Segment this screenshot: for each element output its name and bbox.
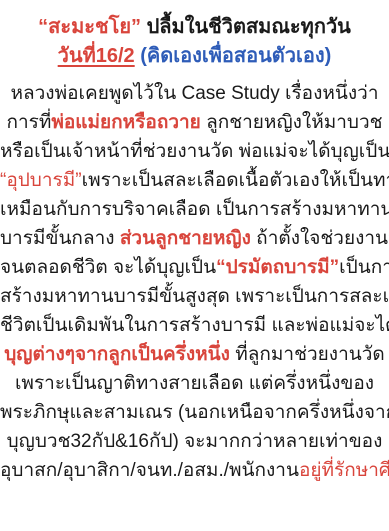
body-text: ถ้าตั้งใจช่วยงานวัด [251, 228, 389, 249]
text-line: พระภิกษุและสามเณร (นอกเหนือจากครึ่งหนึ่ง… [0, 398, 389, 427]
body-text: บุญบวช32กัป&16กัป) จะมากกว่าหลายเท่าของ [7, 431, 383, 452]
body-text: จนตลอดชีวิต จะได้บุญเป็น [0, 257, 216, 278]
body-text: เป็นการ [339, 257, 389, 278]
body-text: หรือเป็นเจ้าหน้าที่ช่วยงานวัด พ่อแม่จะได… [0, 141, 389, 162]
text-line: การที่พ่อแม่ยกหรือถวาย ลูกชายหญิงให้มาบว… [0, 108, 389, 137]
text-line: สร้างมหาทานบารมีขั้นสูงสุด เพราะเป็นการส… [0, 282, 389, 311]
document-page: “สะมะชโย” ปลื้มในชีวิตสมณะทุกวันวันที่16… [0, 0, 389, 531]
text-line: บารมีขั้นกลาง ส่วนลูกชายหญิง ถ้าตั้งใจช่… [0, 224, 389, 253]
body-text: ลูกชายหญิงให้มาบวช [201, 112, 383, 133]
text-line: บุญต่างๆจากลูกเป็นครึ่งหนึ่ง ที่ลูกมาช่ว… [0, 340, 389, 369]
body-text: พระภิกษุและสามเณร (นอกเหนือจากครึ่งหนึ่ง… [0, 402, 389, 423]
body-text: เพราะเป็นสละเลือดเนื้อตัวเองให้เป็นทาน [82, 170, 389, 191]
body-text: เหมือนกับการบริจาคเลือด เป็นการสร้างมหาท… [0, 199, 389, 220]
text-line: ชีวิตเป็นเดิมพันในการสร้างบารมี และพ่อแม… [0, 311, 389, 340]
text-line: วันที่16/2 (คิดเองเพื่อสอนตัวเอง) [0, 42, 389, 71]
text-line: “อุปบารมี”เพราะเป็นสละเลือดเนื้อตัวเองให… [0, 166, 389, 195]
text-line: จนตลอดชีวิต จะได้บุญเป็น“ปรมัตถบารมี”เป็… [0, 253, 389, 282]
highlight-red-text: อยู่ที่รักษาศีล [299, 460, 389, 481]
body-text: ชีวิตเป็นเดิมพันในการสร้างบารมี และพ่อแม… [0, 315, 389, 336]
highlight-red-text: “อุปบารมี” [0, 170, 82, 191]
body-block: หลวงพ่อเคยพูดไว้ใน Case Study เรื่องหนึ่… [0, 79, 389, 485]
body-text: เพราะเป็นญาติทางสายเลือด แต่ครึ่งหนึ่งขอ… [15, 373, 374, 394]
text-line: เพราะเป็นญาติทางสายเลือด แต่ครึ่งหนึ่งขอ… [0, 369, 389, 398]
text-line: บุญบวช32กัป&16กัป) จะมากกว่าหลายเท่าของ [0, 427, 389, 456]
body-text: การที่ [6, 112, 51, 133]
text-line: เหมือนกับการบริจาคเลือด เป็นการสร้างมหาท… [0, 195, 389, 224]
highlight-red-text: วันที่16/2 [58, 45, 135, 67]
text-line: หรือเป็นเจ้าหน้าที่ช่วยงานวัด พ่อแม่จะได… [0, 137, 389, 166]
highlight-red-text: “สะมะชโย” [38, 16, 141, 38]
body-text: อุบาสก/อุบาสิกา/จนท./อสม./พนักงาน [0, 460, 299, 481]
highlight-red-text: ส่วนลูกชายหญิง [120, 228, 251, 249]
text-line: หลวงพ่อเคยพูดไว้ใน Case Study เรื่องหนึ่… [0, 79, 389, 108]
body-text: ปลื้มในชีวิตสมณะทุกวัน [141, 16, 351, 38]
body-text: หลวงพ่อเคยพูดไว้ใน Case Study เรื่องหนึ่… [10, 83, 378, 104]
body-text: บารมีขั้นกลาง [0, 228, 120, 249]
text-line: “สะมะชโย” ปลื้มในชีวิตสมณะทุกวัน [0, 13, 389, 42]
highlight-red-text: “ปรมัตถบารมี” [216, 257, 339, 278]
body-text: สร้างมหาทานบารมีขั้นสูงสุด เพราะเป็นการส… [0, 286, 389, 307]
highlight-blue-text: (คิดเองเพื่อสอนตัวเอง) [135, 45, 332, 67]
highlight-red-text: บุญต่างๆจากลูกเป็นครึ่งหนึ่ง [4, 344, 230, 365]
text-line: อุบาสก/อุบาสิกา/จนท./อสม./พนักงานอยู่ที่… [0, 456, 389, 485]
title-block: “สะมะชโย” ปลื้มในชีวิตสมณะทุกวันวันที่16… [0, 13, 389, 71]
highlight-red-text: พ่อแม่ยกหรือถวาย [51, 112, 200, 133]
body-text: ที่ลูกมาช่วยงานวัด [230, 344, 385, 365]
